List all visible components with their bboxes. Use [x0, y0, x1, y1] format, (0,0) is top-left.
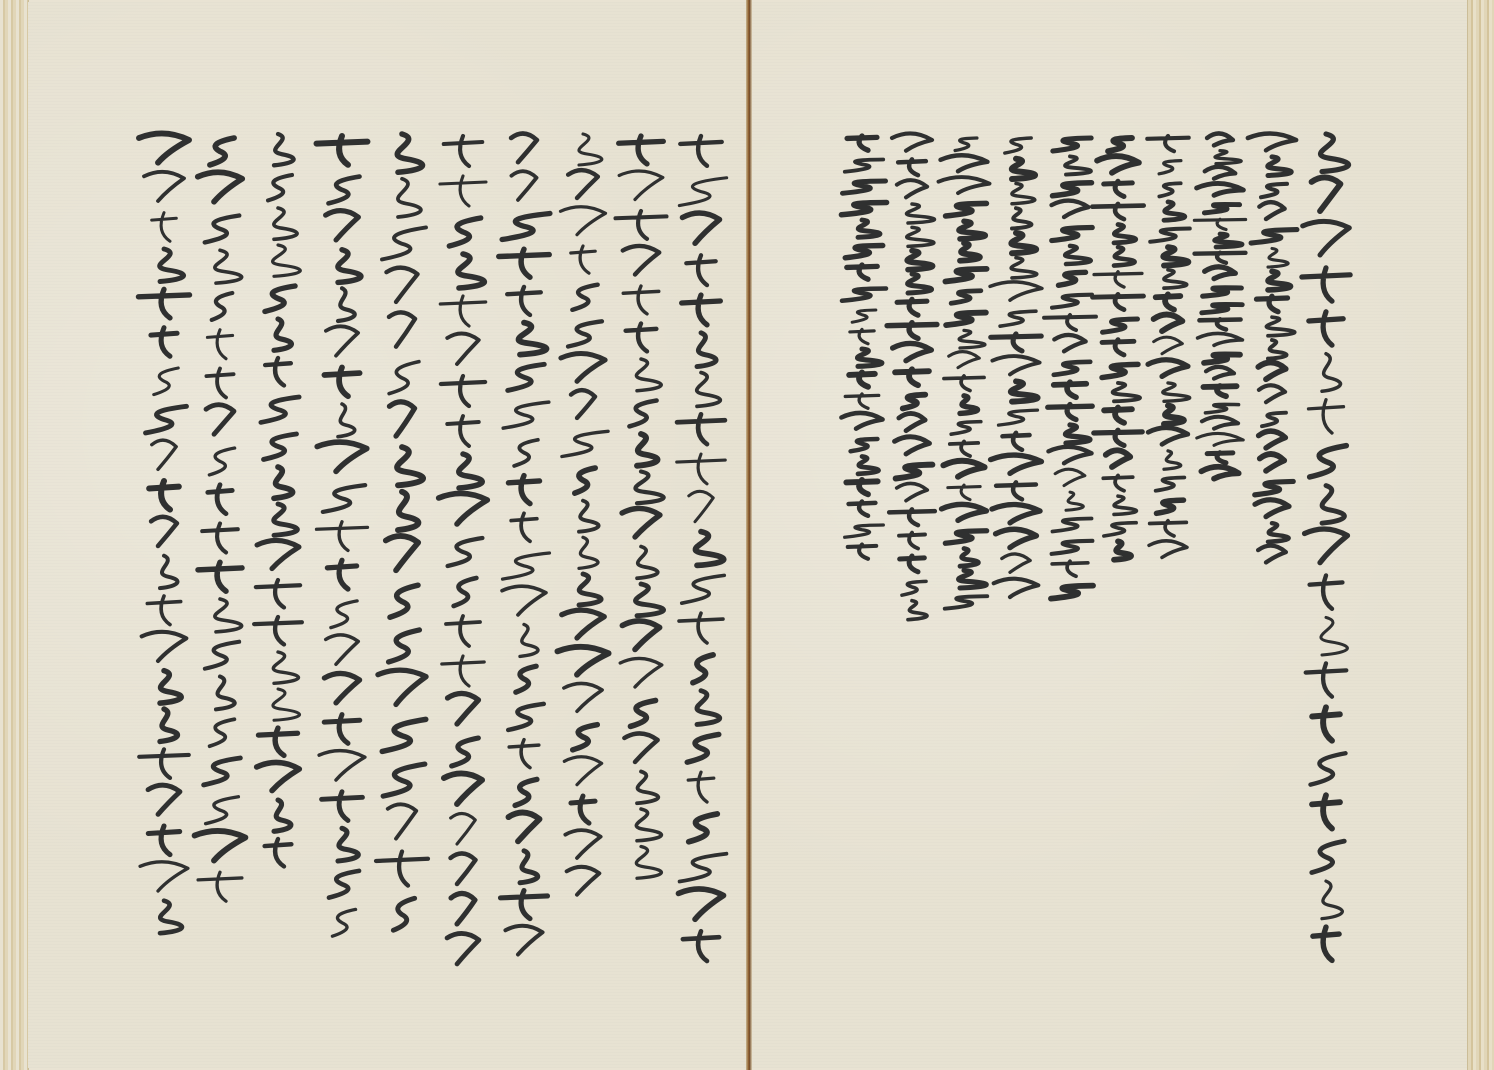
- brush-stroke: [683, 931, 719, 961]
- brush-stroke: [1322, 881, 1342, 919]
- brush-stroke: [447, 933, 479, 964]
- brush-stroke: [376, 852, 428, 886]
- page-edges-right: [1467, 0, 1494, 1070]
- left-page: さ給ひて御うれ人なりそのゆまいすし思つまく ますれよんとてあねまくそあるとられと…: [28, 2, 746, 1068]
- brush-stroke: [388, 804, 417, 838]
- brush-stroke: [393, 898, 414, 930]
- brush-stroke: [1313, 927, 1339, 960]
- book-spread: さ給ひて御うれ人なりそのゆまいすし思つまく ますれよんとてあねまくそあるとられと…: [0, 0, 1494, 1070]
- brush-stroke: [1312, 841, 1344, 872]
- page-edges-left: [0, 0, 29, 1070]
- right-page: のひてこあさりつとてもうされけりまつて いうらみあされ御らんはちくわうきれあや …: [752, 2, 1468, 1068]
